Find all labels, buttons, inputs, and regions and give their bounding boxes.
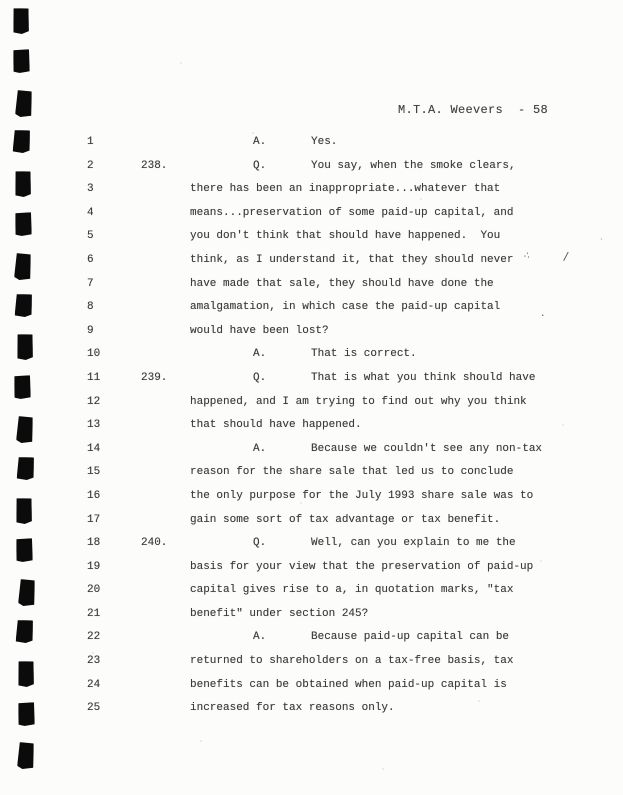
question-number: 238. [141, 160, 167, 172]
line-number: 3 [87, 183, 94, 195]
transcript-line: 2238.Q.You say, when the smoke clears, [0, 160, 623, 184]
speaker-label: A. [253, 348, 266, 360]
line-text: means...preservation of some paid-up cap… [190, 207, 513, 219]
line-text: That is correct. [311, 348, 417, 360]
line-text: You say, when the smoke clears, [311, 160, 516, 172]
paper-speck [478, 700, 480, 702]
line-number: 2 [87, 160, 94, 172]
line-number: 1 [87, 136, 94, 148]
line-number: 18 [87, 537, 100, 549]
transcript-line: 25increased for tax reasons only. [0, 702, 623, 726]
line-text: amalgamation, in which case the paid-up … [190, 301, 500, 313]
ink-slash-mark: / [564, 250, 568, 263]
line-number: 16 [87, 490, 100, 502]
paper-speck [540, 560, 542, 562]
paper-speck [92, 652, 94, 654]
line-number: 14 [87, 443, 100, 455]
transcript-line: 4means...preservation of some paid-up ca… [0, 207, 623, 231]
line-text: Because paid-up capital can be [311, 631, 509, 643]
transcript-line: 14A.Because we couldn't see any non-tax [0, 443, 623, 467]
transcript-line: 1A.Yes. [0, 136, 623, 160]
line-number: 11 [87, 372, 100, 384]
transcript-line: 23returned to shareholders on a tax-free… [0, 655, 623, 679]
paper-speck [562, 424, 564, 426]
binding-hole-mark [16, 742, 33, 769]
paper-speck [252, 132, 254, 134]
line-text: That is what you think should have [311, 372, 535, 384]
line-text: capital gives rise to a, in quotation ma… [190, 584, 513, 596]
line-number: 4 [87, 207, 94, 219]
line-number: 24 [87, 679, 100, 691]
paper-speck [200, 740, 202, 742]
line-text: happened, and I am trying to find out wh… [190, 396, 527, 408]
speaker-label: Q. [253, 160, 266, 172]
transcript-line: 18240.Q.Well, can you explain to me the [0, 537, 623, 561]
line-text: Yes. [311, 136, 337, 148]
speaker-label: A. [253, 631, 266, 643]
line-number: 10 [87, 348, 100, 360]
line-text: there has been an inappropriate...whatev… [190, 183, 500, 195]
transcript-line: 15reason for the share sale that led us … [0, 466, 623, 490]
transcript-line: 13that should have happened. [0, 419, 623, 443]
line-number: 25 [87, 702, 100, 714]
line-text: Well, can you explain to me the [311, 537, 516, 549]
ink-period-mark: . [541, 306, 545, 319]
line-text: benefits can be obtained when paid-up ca… [190, 679, 507, 691]
line-number: 13 [87, 419, 100, 431]
transcript-line: 21benefit" under section 245? [0, 608, 623, 632]
question-number: 239. [141, 372, 167, 384]
question-number: 240. [141, 537, 167, 549]
line-text: benefit" under section 245? [190, 608, 368, 620]
transcript-line: 12happened, and I am trying to find out … [0, 396, 623, 420]
line-number: 9 [87, 325, 94, 337]
transcript-line: 16the only purpose for the July 1993 sha… [0, 490, 623, 514]
binding-hole-mark [12, 8, 30, 35]
line-number: 21 [87, 608, 100, 620]
paper-speck [300, 502, 302, 504]
speaker-label: Q. [253, 537, 266, 549]
line-number: 5 [87, 230, 94, 242]
line-number: 15 [87, 466, 100, 478]
paper-speck [420, 198, 422, 200]
transcript-line: 20capital gives rise to a, in quotation … [0, 584, 623, 608]
transcript-line: 19basis for your view that the preservat… [0, 561, 623, 585]
transcript-body: 1A.Yes.2238.Q.You say, when the smoke cl… [0, 136, 623, 726]
transcript-line: 24benefits can be obtained when paid-up … [0, 679, 623, 703]
line-text: basis for your view that the preservatio… [190, 561, 533, 573]
line-text: reason for the share sale that led us to… [190, 466, 513, 478]
transcript-line: 8amalgamation, in which case the paid-up… [0, 301, 623, 325]
line-text: that should have happened. [190, 419, 362, 431]
paper-speck [382, 768, 384, 770]
transcript-line: 6think, as I understand it, that they sh… [0, 254, 623, 278]
line-text: have made that sale, they should have do… [190, 278, 494, 290]
page-header: M.T.A. Weevers - 58 [398, 103, 548, 117]
speaker-label: Q. [253, 372, 266, 384]
line-number: 23 [87, 655, 100, 667]
line-number: 22 [87, 631, 100, 643]
line-number: 7 [87, 278, 94, 290]
transcript-line: 5you don't think that should have happen… [0, 230, 623, 254]
line-text: would have been lost? [190, 325, 329, 337]
line-number: 17 [87, 514, 100, 526]
transcript-line: 9would have been lost? [0, 325, 623, 349]
line-text: think, as I understand it, that they sho… [190, 254, 513, 266]
line-number: 6 [87, 254, 94, 266]
line-text: increased for tax reasons only. [190, 702, 395, 714]
line-text: gain some sort of tax advantage or tax b… [190, 514, 500, 526]
transcript-line: 17gain some sort of tax advantage or tax… [0, 514, 623, 538]
speaker-label: A. [253, 443, 266, 455]
ink-dot-mark: · [600, 235, 603, 244]
line-text: Because we couldn't see any non-tax [311, 443, 542, 455]
scanned-transcript-page: M.T.A. Weevers - 58 1A.Yes.2238.Q.You sa… [0, 0, 623, 795]
line-number: 8 [87, 301, 94, 313]
binding-hole-mark [13, 49, 31, 73]
transcript-line: 7have made that sale, they should have d… [0, 278, 623, 302]
binding-hole-mark [14, 89, 31, 116]
speaker-label: A. [253, 136, 266, 148]
line-text: returned to shareholders on a tax-free b… [190, 655, 513, 667]
transcript-line: 10A.That is correct. [0, 348, 623, 372]
line-text: you don't think that should have happene… [190, 230, 500, 242]
transcript-line: 3there has been an inappropriate...whate… [0, 183, 623, 207]
line-number: 19 [87, 561, 100, 573]
line-text: the only purpose for the July 1993 share… [190, 490, 533, 502]
line-number: 20 [87, 584, 100, 596]
line-number: 12 [87, 396, 100, 408]
transcript-line: 11239.Q.That is what you think should ha… [0, 372, 623, 396]
paper-speck [180, 62, 182, 64]
